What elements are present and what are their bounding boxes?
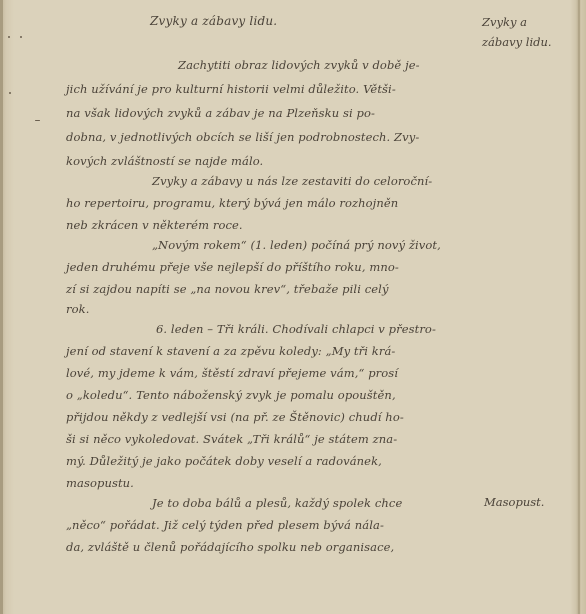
ink-speck	[20, 36, 22, 38]
text-line: da, zvláště u členů pořádajícího spolku …	[66, 540, 394, 554]
text-line: dobna, v jednotlivých obcích se liší jen…	[66, 130, 419, 144]
margin-note-masopust: Masopust.	[484, 492, 544, 512]
text-line: neb zkrácen v některém roce.	[66, 218, 243, 232]
text-line: ši si něco vykoledovat. Svátek „Tři král…	[66, 432, 397, 446]
text-line: mý. Důležitý je jako počátek doby veselí…	[66, 454, 382, 468]
margin-note-line: zábavy lidu.	[482, 32, 552, 52]
text-line: masopustu.	[66, 476, 134, 490]
ink-speck	[35, 120, 40, 121]
text-line: „Novým rokem“ (1. leden) počíná prý nový…	[152, 238, 441, 252]
page-title: Zvyky a zábavy lidu.	[150, 14, 277, 28]
chronicle-page: Zvyky a zábavy lidu. Zvyky a zábavy lidu…	[0, 0, 586, 614]
text-line: lové, my jdeme k vám, štěstí zdraví přej…	[66, 366, 398, 380]
page-left-edge	[0, 0, 3, 614]
text-line: rok.	[66, 302, 89, 316]
ink-speck	[8, 36, 10, 38]
page-fold-line	[578, 0, 580, 614]
text-line: Zachytiti obraz lidových zvyků v době je…	[178, 58, 420, 72]
margin-note-line: Zvyky a	[482, 12, 552, 32]
margin-note-zvyky: Zvyky a zábavy lidu.	[482, 12, 552, 52]
margin-note-line: Masopust.	[484, 492, 544, 512]
text-line: přijdou někdy z vedlejší vsi (na př. ze …	[66, 410, 404, 424]
text-line: jich užívání je pro kulturní historii ve…	[66, 82, 396, 96]
text-line: Zvyky a zábavy u nás lze zestaviti do ce…	[152, 174, 432, 188]
text-line: ho repertoiru, programu, který bývá jen …	[66, 196, 398, 210]
text-line: na však lidových zvyků a zábav je na Plz…	[66, 106, 375, 120]
text-line: kových zvláštností se najde málo.	[66, 154, 263, 168]
text-line: o „koledu“. Tento náboženský zvyk je pom…	[66, 388, 396, 402]
text-line: „něco“ pořádat. Již celý týden před ples…	[66, 518, 384, 532]
text-line: zí si zajdou napíti se „na novou krev“, …	[66, 282, 389, 296]
text-line: jeden druhému přeje vše nejlepší do příš…	[66, 260, 399, 274]
text-line: Je to doba bálů a plesů, každý spolek ch…	[152, 496, 402, 510]
text-line: 6. leden – Tři králi. Chodívali chlapci …	[156, 322, 436, 336]
text-line: jení od stavení k stavení a za zpěvu kol…	[66, 344, 395, 358]
ink-speck	[9, 92, 11, 94]
